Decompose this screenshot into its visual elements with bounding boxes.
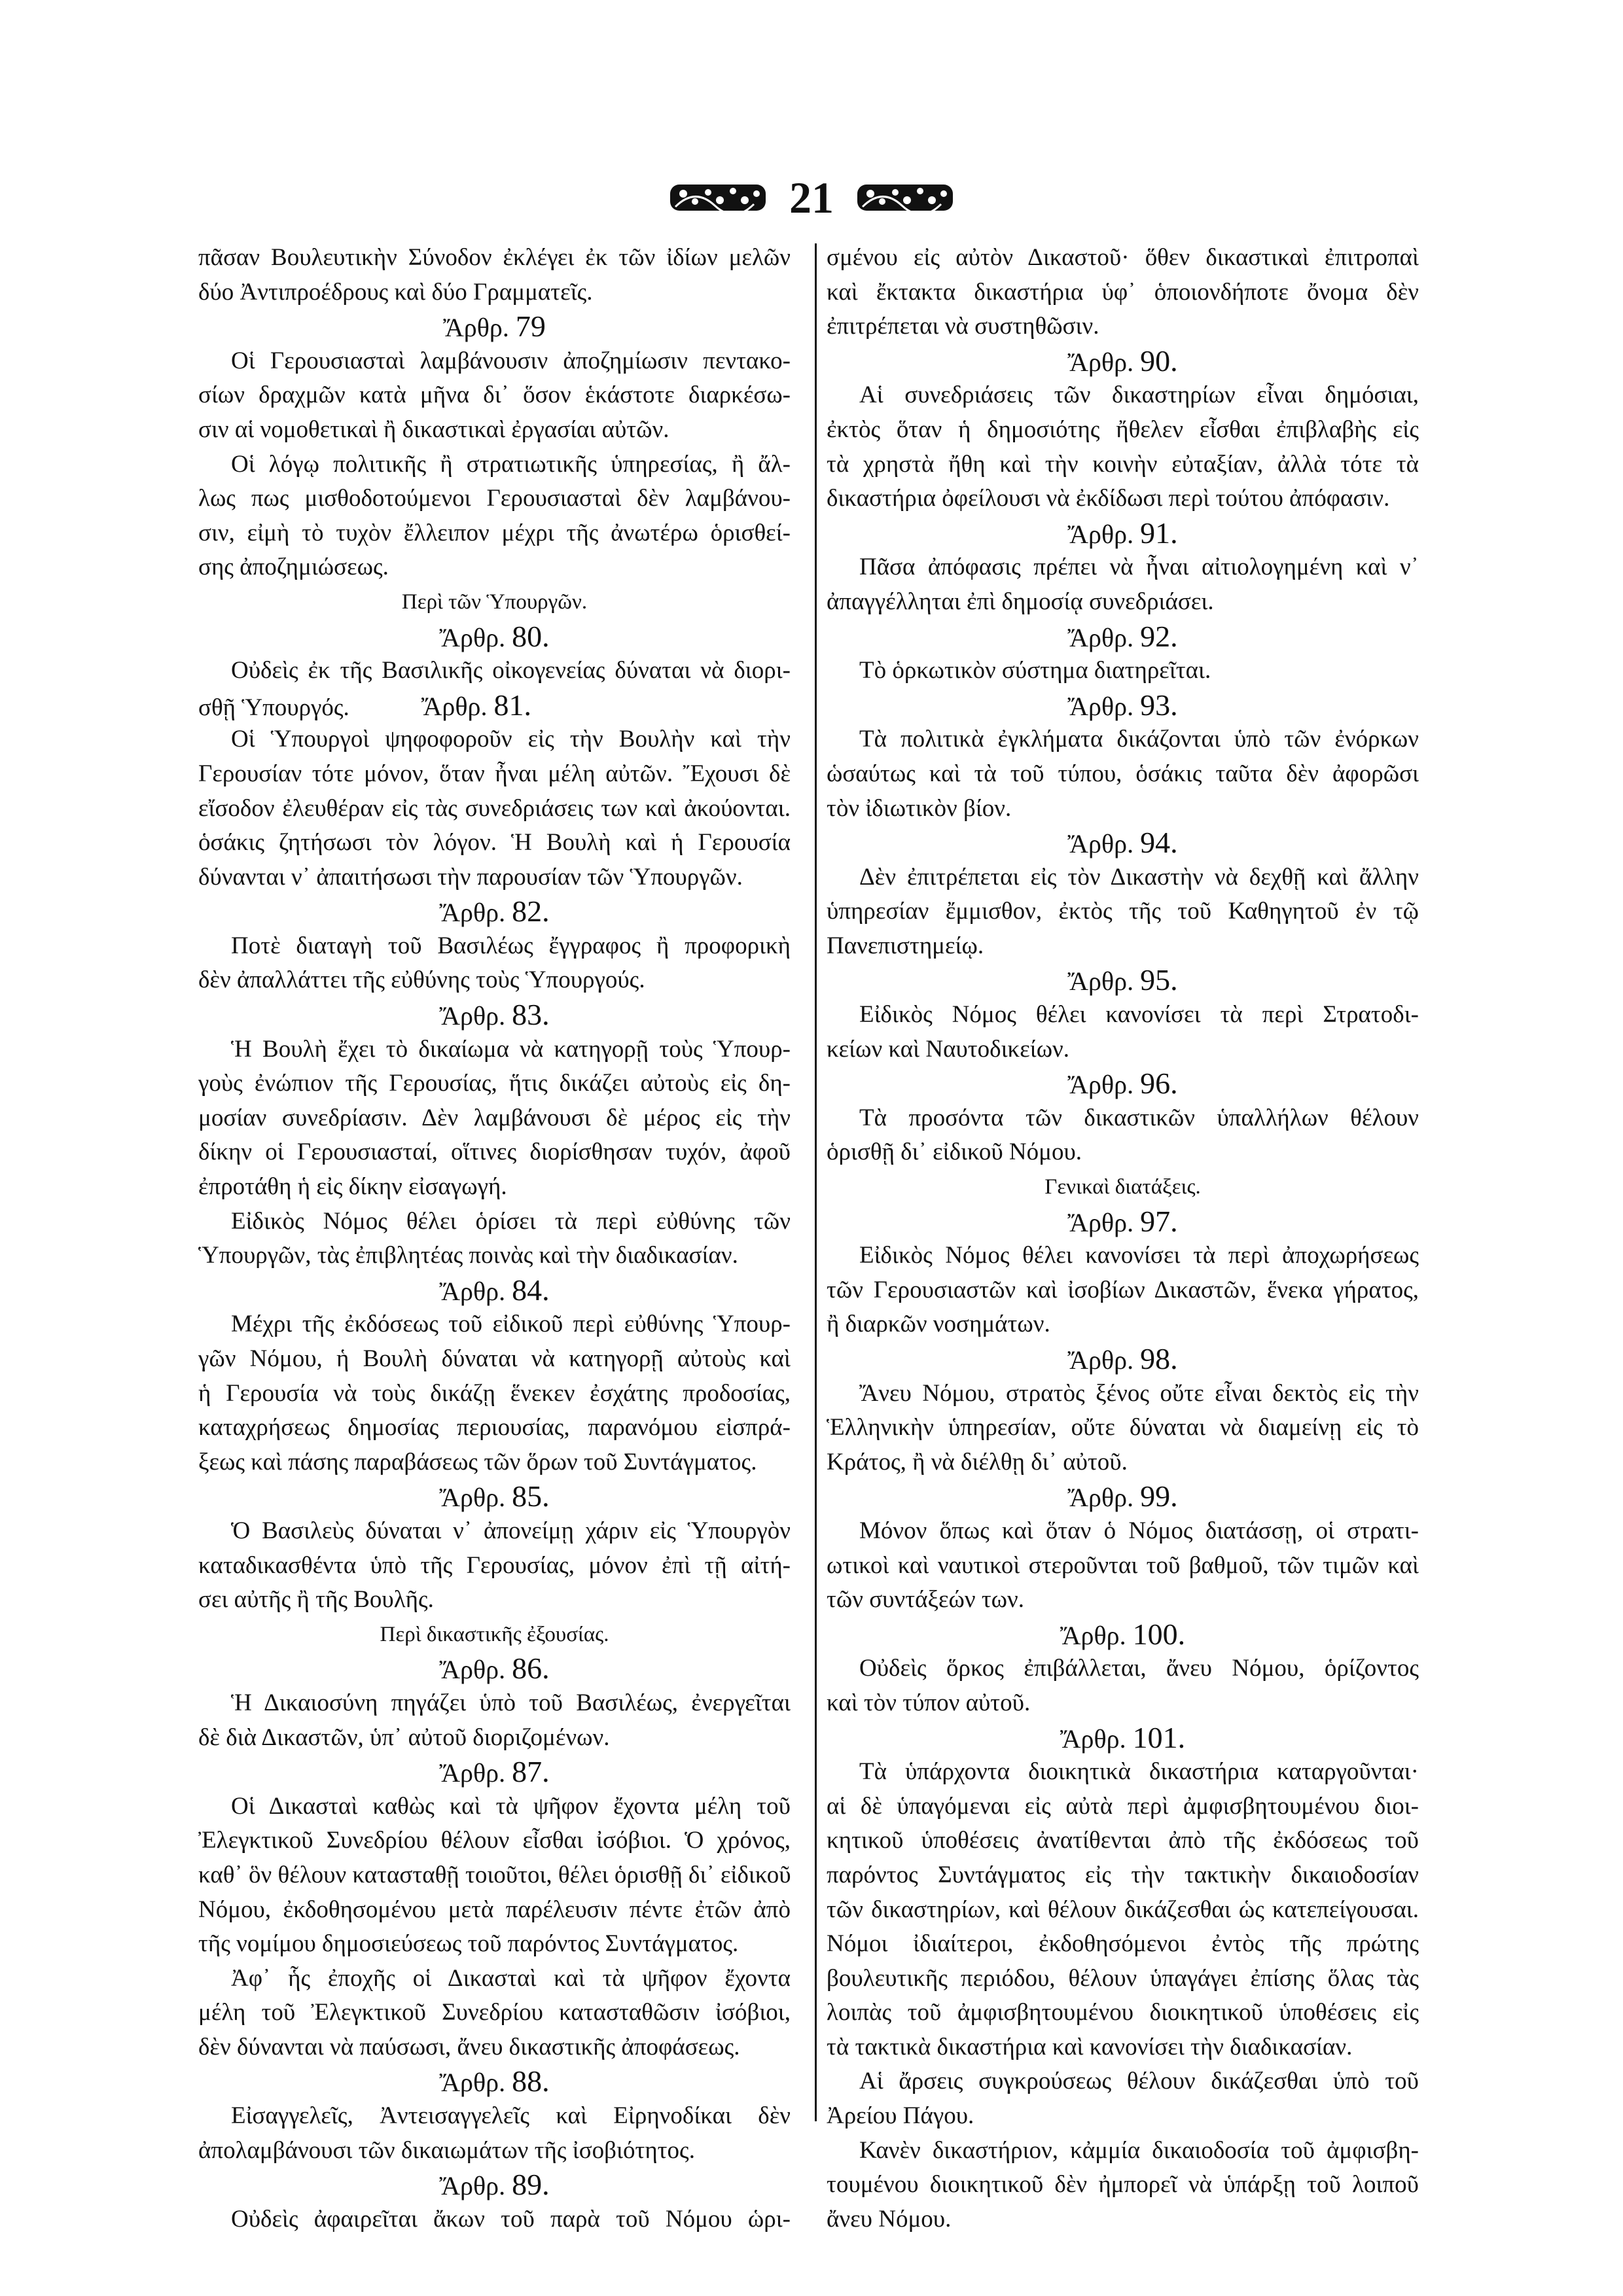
text-line: σει αὐτῆς ἢ τῆς Βουλῆς. xyxy=(198,1583,791,1617)
text-line: κείων καὶ Ναυτοδικείων. xyxy=(827,1033,1419,1067)
article-heading: Ἄρθρ. 94. xyxy=(827,826,1419,860)
article-number: 99. xyxy=(1140,1479,1178,1513)
text-line: Ποτὲ διαταγὴ τοῦ Βασιλέως ἔγγραφος ἢ προ… xyxy=(198,929,791,964)
article-number: 87. xyxy=(512,1755,550,1788)
text-line: Μόνον ὅπως καὶ ὅταν ὁ Νόμος διατάσσῃ, οἱ… xyxy=(827,1514,1419,1549)
text-line: ὁσάκις ζητήσωσι τὸν λόγον. Ἡ Βουλὴ καὶ ἡ… xyxy=(198,826,791,860)
text-line: καὶ τὸν τύπον αὐτοῦ. xyxy=(827,1686,1419,1721)
text-line: Γερουσίαν τότε μόνον, ὅταν ἦναι μέλη αὐτ… xyxy=(198,757,791,792)
text-line: ἐπιτρέπεται νὰ συστηθῶσιν. xyxy=(827,309,1419,344)
text-line: Οἱ Δικασταὶ καθὼς καὶ τὰ ψῆφον ἔχοντα μέ… xyxy=(198,1790,791,1824)
article-heading: Ἄρθρ. 81. xyxy=(421,688,531,724)
column-divider xyxy=(815,243,817,2121)
text-line: Οὐδεὶς ἀφαιρεῖται ἄκων τοῦ παρὰ τοῦ Νόμο… xyxy=(198,2202,791,2237)
article-label: Ἄρθρ. xyxy=(439,1277,505,1306)
article-heading: Ἄρθρ. 98. xyxy=(827,1342,1419,1377)
left-column: πᾶσαν Βουλευτικὴν Σύνοδον ἐκλέγει ἐκ τῶν… xyxy=(198,241,791,2236)
text-line: Οἱ λόγῳ πολιτικῆς ἢ στρατιωτικῆς ὑπηρεσί… xyxy=(198,448,791,482)
text-line: Ἀρείου Πάγου. xyxy=(827,2099,1419,2134)
article-label: Ἄρθρ. xyxy=(439,2068,505,2097)
text-line: Δὲν ἐπιτρέπεται εἰς τὸν Δικαστὴν νὰ δεχθ… xyxy=(827,860,1419,895)
article-label: Ἄρθρ. xyxy=(1067,692,1133,721)
article-heading: Ἄρθρ. 95. xyxy=(827,963,1419,998)
article-label: Ἄρθρ. xyxy=(1067,1345,1133,1375)
text-line: τὸν ἰδιωτικὸν βίον. xyxy=(827,792,1419,826)
article-label: Ἄρθρ. xyxy=(1067,966,1133,996)
text-line: τὰ τακτικὰ δικαστήρια καὶ κανονίσει τὴν … xyxy=(827,2030,1419,2065)
text-line: ὁρισθῇ δι᾽ εἰδικοῦ Νόμου. xyxy=(827,1135,1419,1170)
text-line: πᾶσαν Βουλευτικὴν Σύνοδον ἐκλέγει ἐκ τῶν… xyxy=(198,241,791,275)
section-heading: Περὶ δικαστικῆς ἐξουσίας. xyxy=(198,1617,791,1652)
article-label: Ἄρθρ. xyxy=(439,1655,505,1684)
article-label: Ἄρθρ. xyxy=(1067,1070,1133,1099)
text-line: σίων δραχμῶν κατὰ μῆνα δι᾽ ὅσον ἑκάστοτε… xyxy=(198,378,791,413)
section-heading: Γενικαὶ διατάξεις. xyxy=(827,1170,1419,1205)
text-line: δύνανται ν᾽ ἀπαιτήσωσι τὴν παρουσίαν τῶν… xyxy=(198,860,791,895)
article-heading: Ἄρθρ. 88. xyxy=(198,2064,791,2099)
article-label: Ἄρθρ. xyxy=(1060,1724,1126,1754)
text-line: ἄνευ Νόμου. xyxy=(827,2202,1419,2237)
article-label: Ἄρθρ. xyxy=(1067,829,1133,858)
text-line: βουλευτικῆς περιόδου, θέλουν ὑπαγάγει ἐπ… xyxy=(827,1962,1419,1996)
text-line: σθῇ Ὑπουργός.Ἄρθρ. 81. xyxy=(198,688,791,723)
article-number: 89. xyxy=(512,2168,550,2201)
text-line: κητικοῦ ὑποθέσεις ἀνατίθενται ἀπὸ τῆς ἐκ… xyxy=(827,1824,1419,1858)
text-line: λοιπὰς τοῦ ἀμφισβητουμένου διοικητικοῦ ὑ… xyxy=(827,1996,1419,2030)
text-line: Ἡ Βουλὴ ἔχει τὸ δικαίωμα νὰ κατηγορῇ τοὺ… xyxy=(198,1033,791,1067)
article-heading: Ἄρθρ. 86. xyxy=(198,1651,791,1686)
article-label: Ἄρθρ. xyxy=(1067,520,1133,549)
text-line: Κανὲν δικαστήριον, κἀμμία δικαιοδοσία το… xyxy=(827,2134,1419,2168)
text-line: σης ἀποζημιώσεως. xyxy=(198,550,791,585)
article-number: 88. xyxy=(512,2064,550,2098)
text-line: καθ᾽ ὃν θέλουν κατασταθῇ τοιοῦτοι, θέλει… xyxy=(198,1858,791,1893)
text-line: Τὰ πολιτικὰ ἐγκλήματα δικάζονται ὑπὸ τῶν… xyxy=(827,722,1419,757)
article-number: 86. xyxy=(512,1651,550,1685)
text-line: τῶν Γερουσιαστῶν καὶ ἰσοβίων Δικαστῶν, ἕ… xyxy=(827,1273,1419,1308)
article-heading: Ἄρθρ. 97. xyxy=(827,1205,1419,1239)
article-label: Ἄρθρ. xyxy=(443,313,509,342)
text-line: σμένου εἰς αὐτὸν Δικαστοῦ· ὅθεν δικαστικ… xyxy=(827,241,1419,275)
text-line: Ἡ Δικαιοσύνη πηγάζει ὑπὸ τοῦ Βασιλέως, ἐ… xyxy=(198,1686,791,1721)
article-label: Ἄρθρ. xyxy=(439,2171,505,2200)
text-line: τὰ χρηστὰ ἤθη καὶ τὴν κοινὴν εὐταξίαν, ἀ… xyxy=(827,448,1419,482)
text-line: Μέχρι τῆς ἐκδόσεως τοῦ εἰδικοῦ περὶ εὐθύ… xyxy=(198,1307,791,1342)
article-heading: Ἄρθρ. 82. xyxy=(198,894,791,929)
article-heading: Ἄρθρ. 92. xyxy=(827,620,1419,654)
text-line: μοσίαν συνεδρίασιν. Δὲν λαμβάνουσι δὲ μέ… xyxy=(198,1101,791,1136)
article-number: 90. xyxy=(1140,344,1178,378)
article-number: 79 xyxy=(516,309,546,343)
article-label: Ἄρθρ. xyxy=(1067,623,1133,652)
text-line: ἀπαγγέλληται ἐπὶ δημοσίᾳ συνεδριάσει. xyxy=(827,585,1419,620)
text-line: ἡ Γερουσία νὰ τοὺς δικάζῃ ἕνεκεν ἐσχάτης… xyxy=(198,1377,791,1411)
text-line: Αἱ ἄρσεις συγκρούσεως θέλουν δικάζεσθαι … xyxy=(827,2064,1419,2099)
article-heading: Ἄρθρ. 91. xyxy=(827,516,1419,551)
text-line: Οὐδεὶς ἐκ τῆς Βασιλικῆς οἰκογενείας δύνα… xyxy=(198,654,791,688)
text-line: τουμένου διοικητικοῦ δὲν ἠμπορεῖ νὰ ὑπάρ… xyxy=(827,2168,1419,2202)
article-heading: Ἄρθρ. 100. xyxy=(827,1617,1419,1652)
article-label: Ἄρθρ. xyxy=(439,1001,505,1031)
text-line: δὲν ἀπαλλάττει τῆς εὐθύνης τοὺς Ὑπουργού… xyxy=(198,963,791,998)
text-line: ἢ διαρκῶν νοσημάτων. xyxy=(827,1307,1419,1342)
article-number: 91. xyxy=(1140,516,1178,550)
text-line: αἱ δὲ ὑπαγόμεναι εἰς αὐτὰ περὶ ἀμφισβητο… xyxy=(827,1790,1419,1824)
text-line: γοὺς ἐνώπιον τῆς Γερουσίας, ἥτις δικάζει… xyxy=(198,1067,791,1101)
article-heading: Ἄρθρ. 84. xyxy=(198,1273,791,1308)
text-line: ἐκτὸς ὅταν ἡ δημοσιότης ἤθελεν εἶσθαι ἐπ… xyxy=(827,413,1419,448)
text-line: Εἰσαγγελεῖς, Ἀντεισαγγελεῖς καὶ Εἰρηνοδί… xyxy=(198,2099,791,2134)
article-number: 85. xyxy=(512,1479,550,1513)
page-header: 21 xyxy=(0,175,1623,220)
text-line: Νόμοι ἰδιαίτεροι, ἐκδοθησόμενοι ἐντὸς τῆ… xyxy=(827,1927,1419,1962)
article-number: 94. xyxy=(1140,826,1178,859)
text-line: μέλη τοῦ Ἐλεγκτικοῦ Συνεδρίου κατασταθῶσ… xyxy=(198,1996,791,2030)
text-line: γῶν Νόμου, ἡ Βουλὴ δύναται νὰ κατηγορῇ α… xyxy=(198,1342,791,1377)
text-line: τῆς νομίμου δημοσιεύσεως τοῦ παρόντος Συ… xyxy=(198,1927,791,1962)
text-line: παρόντος Συντάγματος εἰς τὴν τακτικὴν δι… xyxy=(827,1858,1419,1893)
text-line: Οἱ Γερουσιασταὶ λαμβάνουσιν ἀποζημίωσιν … xyxy=(198,344,791,379)
article-label: Ἄρθρ. xyxy=(421,692,488,721)
article-heading: Ἄρθρ. 83. xyxy=(198,998,791,1033)
text-line: Οὐδεὶς ὅρκος ἐπιβάλλεται, ἄνευ Νόμου, ὁρ… xyxy=(827,1651,1419,1686)
article-label: Ἄρθρ. xyxy=(439,898,505,927)
text-line: ὡσαύτως καὶ τὰ τοῦ τύπου, ὁσάκις ταῦτα δ… xyxy=(827,757,1419,792)
floral-ornament-right-icon xyxy=(856,181,954,215)
text-line: Ἑλληνικὴν ὑπηρεσίαν, οὔτε δύναται νὰ δια… xyxy=(827,1411,1419,1445)
article-heading: Ἄρθρ. 85. xyxy=(198,1479,791,1514)
article-number: 80. xyxy=(512,620,550,653)
article-number: 93. xyxy=(1140,688,1178,722)
article-number: 83. xyxy=(512,998,550,1031)
article-number: 98. xyxy=(1140,1342,1178,1375)
text-line: Κράτος, ἢ νὰ διέλθῃ δι᾽ αὐτοῦ. xyxy=(827,1445,1419,1480)
article-label: Ἄρθρ. xyxy=(1067,1483,1133,1512)
section-heading: Περὶ τῶν Ὑπουργῶν. xyxy=(198,585,791,620)
text-line: Τὰ ὑπάρχοντα διοικητικὰ δικαστήρια καταρ… xyxy=(827,1755,1419,1790)
floral-ornament-left-icon xyxy=(669,181,767,215)
article-label: Ἄρθρ. xyxy=(1060,1621,1126,1650)
text-line: Τὰ προσόντα τῶν δικαστικῶν ὑπαλλήλων θέλ… xyxy=(827,1101,1419,1136)
article-heading: Ἄρθρ. 101. xyxy=(827,1721,1419,1756)
article-label: Ἄρθρ. xyxy=(439,1758,505,1788)
article-label: Ἄρθρ. xyxy=(439,1483,505,1512)
article-number: 81. xyxy=(494,688,532,722)
text-line: Ὑπουργῶν, τὰς ἐπιβλητέας ποινὰς καὶ τὴν … xyxy=(198,1239,791,1273)
text-line: ἀπολαμβάνουσι τῶν δικαιωμάτων τῆς ἰσοβιό… xyxy=(198,2134,791,2168)
article-label: Ἄρθρ. xyxy=(1067,347,1133,377)
text-line: ὑπηρεσίαν ἔμμισθον, ἐκτὸς τῆς τοῦ Καθηγη… xyxy=(827,894,1419,929)
article-heading: Ἄρθρ. 93. xyxy=(827,688,1419,723)
text-line: Ἐλεγκτικοῦ Συνεδρίου θέλουν εἶσθαι ἰσόβι… xyxy=(198,1824,791,1858)
article-heading: Ἄρθρ. 79 xyxy=(198,309,791,344)
article-number: 84. xyxy=(512,1273,550,1307)
text-line: Νόμου, ἐκδοθησομένου μετὰ παρέλευσιν πέν… xyxy=(198,1893,791,1928)
text-line: Πᾶσα ἀπόφασις πρέπει νὰ ἦναι αἰτιολογημέ… xyxy=(827,550,1419,585)
text-line: δικαστήρια ὀφείλουσι νὰ ἐκδίδωσι περὶ το… xyxy=(827,482,1419,516)
article-heading: Ἄρθρ. 90. xyxy=(827,344,1419,379)
text-line: ἐπροτάθη ἡ εἰς δίκην εἰσαγωγή. xyxy=(198,1170,791,1205)
article-number: 97. xyxy=(1140,1205,1178,1238)
text-line: δύο Ἀντιπροέδρους καὶ δύο Γραμματεῖς. xyxy=(198,275,791,310)
article-number: 96. xyxy=(1140,1067,1178,1100)
text-line: δίκην οἱ Γερουσιασταί, οἵτινες διορίσθησ… xyxy=(198,1135,791,1170)
text-line: σιν αἱ νομοθετικαὶ ἢ δικαστικαὶ ἐργασίαι… xyxy=(198,413,791,448)
page-number: 21 xyxy=(789,175,834,220)
text-line: Αἱ συνεδριάσεις τῶν δικαστηρίων εἶναι δη… xyxy=(827,378,1419,413)
text-fragment: σθῇ Ὑπουργός. xyxy=(198,694,349,721)
text-line: τῶν συντάξεών των. xyxy=(827,1583,1419,1617)
text-line: Οἱ Ὑπουργοὶ ψηφοφοροῦν εἰς τὴν Βουλὴν κα… xyxy=(198,722,791,757)
article-heading: Ἄρθρ. 96. xyxy=(827,1067,1419,1101)
article-number: 101. xyxy=(1133,1721,1186,1754)
text-line: δὲ διὰ Δικαστῶν, ὑπ᾽ αὐτοῦ διοριζομένων. xyxy=(198,1721,791,1756)
text-line: Εἰδικὸς Νόμος θέλει ὁρίσει τὰ περὶ εὐθύν… xyxy=(198,1205,791,1239)
text-line: εἴσοδον ἐλευθέραν εἰς τὰς συνεδριάσεις τ… xyxy=(198,792,791,826)
text-line: Εἰδικὸς Νόμος θέλει κανονίσει τὰ περὶ Στ… xyxy=(827,998,1419,1033)
article-label: Ἄρθρ. xyxy=(1067,1208,1133,1237)
text-line: ξεως καὶ πάσης παραβάσεως τῶν ὅρων τοῦ Σ… xyxy=(198,1445,791,1480)
text-line: Εἰδικὸς Νόμος θέλει κανονίσει τὰ περὶ ἀπ… xyxy=(827,1239,1419,1273)
text-line: δὲν δύνανται νὰ παύσωσι, ἄνευ δικαστικῆς… xyxy=(198,2030,791,2065)
text-line: Πανεπιστημείῳ. xyxy=(827,929,1419,964)
article-heading: Ἄρθρ. 87. xyxy=(198,1755,791,1790)
text-line: τῶν δικαστηρίων, καὶ θέλουν δικάζεσθαι ὡ… xyxy=(827,1893,1419,1928)
text-line: Ὁ Βασιλεὺς δύναται ν᾽ ἀπονείμῃ χάριν εἰς… xyxy=(198,1514,791,1549)
article-number: 100. xyxy=(1133,1617,1186,1651)
right-column: σμένου εἰς αὐτὸν Δικαστοῦ· ὅθεν δικαστικ… xyxy=(827,241,1419,2236)
article-label: Ἄρθρ. xyxy=(439,623,505,652)
text-line: σιν, εἰμὴ τὸ τυχὸν ἔλλειπον μέχρι τῆς ἀν… xyxy=(198,516,791,551)
text-line: Ἄνευ Νόμου, στρατὸς ξένος οὔτε εἶναι δεκ… xyxy=(827,1377,1419,1411)
article-heading: Ἄρθρ. 99. xyxy=(827,1479,1419,1514)
article-number: 95. xyxy=(1140,963,1178,997)
text-line: καὶ ἔκτακτα δικαστήρια ὑφ᾽ ὁποιονδήποτε … xyxy=(827,275,1419,310)
text-line: ωτικοὶ καὶ ναυτικοὶ στεροῦνται τοῦ βαθμο… xyxy=(827,1549,1419,1583)
text-line: Τὸ ὁρκωτικὸν σύστημα διατηρεῖται. xyxy=(827,654,1419,688)
article-number: 82. xyxy=(512,894,550,928)
text-line: καταχρήσεως δημοσίας περιουσίας, παρανόμ… xyxy=(198,1411,791,1445)
article-heading: Ἄρθρ. 89. xyxy=(198,2168,791,2202)
article-heading: Ἄρθρ. 80. xyxy=(198,620,791,654)
article-number: 92. xyxy=(1140,620,1178,653)
text-line: λως πως μισθοδοτούμενοι Γερουσιασταὶ δὲν… xyxy=(198,482,791,516)
text-line: Ἀφ᾽ ἧς ἐποχῆς οἱ Δικασταὶ καὶ τὰ ψῆφον ἔ… xyxy=(198,1962,791,1996)
text-line: καταδικασθέντα ὑπὸ τῆς Γερουσίας, μόνον … xyxy=(198,1549,791,1583)
